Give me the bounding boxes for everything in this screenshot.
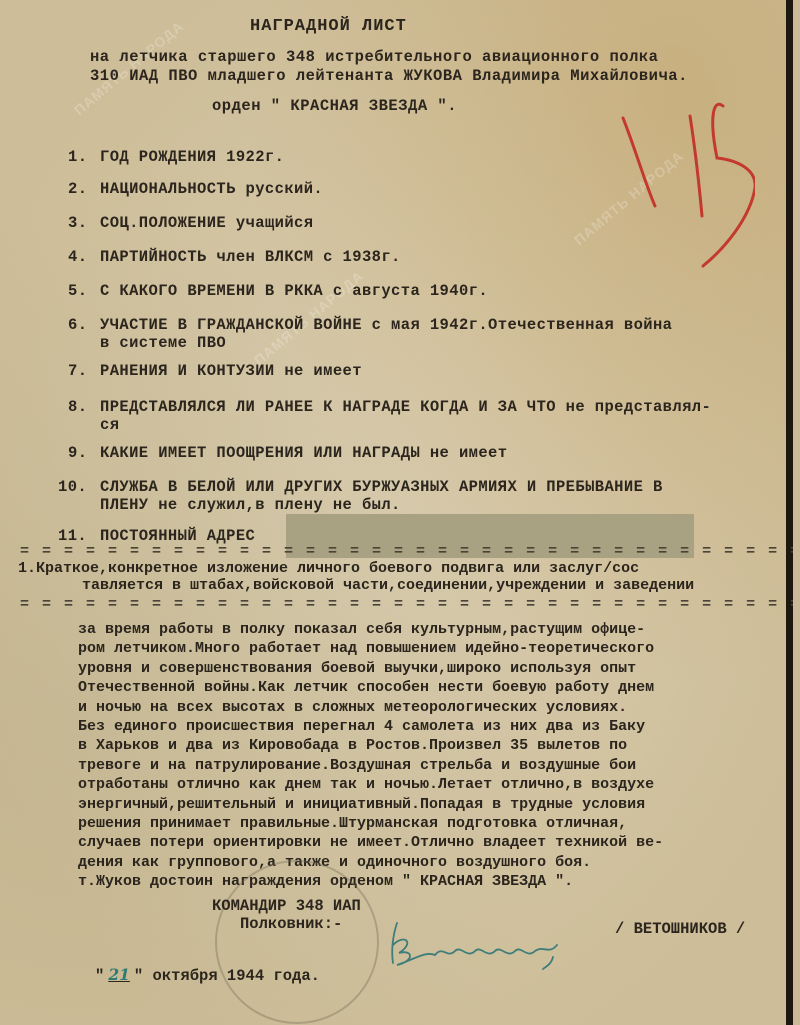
date-open-quote: " [95,967,104,985]
item-text-continuation: ПЛЕНУ не служил,в плену не был. [58,496,663,514]
item-1: 1.ГОД РОЖДЕНИЯ 1922г. [68,148,284,166]
citation-text: за время работы в полку показал себя кул… [78,620,778,892]
item-10: 10.СЛУЖБА В БЕЛОЙ ИЛИ ДРУГИХ БУРЖУАЗНЫХ … [58,478,663,514]
citation-line: и ночью на всех высотах в сложных метеор… [78,698,778,717]
date-close-quote: " [134,967,143,985]
item-9: 9.КАКИЕ ИМЕЕТ ПООЩРЕНИЯ ИЛИ НАГРАДЫ не и… [68,444,507,462]
item-number: 2. [68,180,100,198]
citation-line: дения как группового,а также и одиночног… [78,853,778,872]
citation-line: энергичный,решительный и инициативный.По… [78,795,778,814]
item-text: ПРЕДСТАВЛЯЛСЯ ЛИ РАНЕЕ К НАГРАДЕ КОГДА И… [100,398,711,416]
item-number: 9. [68,444,100,462]
citation-line: за время работы в полку показал себя кул… [78,620,778,639]
section-heading: 1.Краткое,конкретное изложение личного б… [18,560,694,594]
item-number: 3. [68,214,100,232]
item-4: 4.ПАРТИЙНОСТЬ член ВЛКСМ с 1938г. [68,248,401,266]
citation-line: Отечественной войны.Как летчик способен … [78,678,778,697]
document-date: "21" октября 1944 года. [95,965,320,985]
citation-line: т.Жуков достоин награждения орденом " КР… [78,872,778,891]
item-5: 5.С КАКОГО ВРЕМЕНИ В РККА с августа 1940… [68,282,488,300]
red-handwritten-number [585,88,755,268]
citation-line: отработаны отлично как днем так и ночью.… [78,775,778,794]
item-text: СЛУЖБА В БЕЛОЙ ИЛИ ДРУГИХ БУРЖУАЗНЫХ АРМ… [100,478,663,496]
date-month-year: октября 1944 года. [153,967,320,985]
section-heading-line-2: тавляется в штабах,войсковой части,соеди… [18,577,694,594]
item-text: ПАРТИЙНОСТЬ член ВЛКСМ с 1938г. [100,248,401,266]
award-sheet-page: ПАМЯТЬ НАРОДА ПАМЯТЬ НАРОДА ПАМЯТЬ НАРОД… [0,0,793,1025]
citation-line: случаев потери ориентировки не имеет.Отл… [78,833,778,852]
item-number: 10. [58,478,100,496]
item-number: 8. [68,398,100,416]
item-text-continuation: в системе ПВО [68,334,672,352]
item-number: 1. [68,148,100,166]
item-2: 2.НАЦИОНАЛЬНОСТЬ русский. [68,180,323,198]
handwritten-signature [385,915,565,970]
citation-line: ром летчиком.Много работает над повышени… [78,639,778,658]
item-text: ГОД РОЖДЕНИЯ 1922г. [100,148,284,166]
dashed-divider: = = = = = = = = = = = = = = = = = = = = … [20,596,793,613]
date-day: 21 [108,965,130,984]
item-text: С КАКОГО ВРЕМЕНИ В РККА с августа 1940г. [100,282,488,300]
citation-line: Без единого происшествия перегнал 4 само… [78,717,778,736]
item-number: 7. [68,362,100,380]
item-text: КАКИЕ ИМЕЕТ ПООЩРЕНИЯ ИЛИ НАГРАДЫ не име… [100,444,507,462]
commander-rank: Полковник:- [212,915,361,933]
item-text: РАНЕНИЯ И КОНТУЗИИ не имеет [100,362,362,380]
section-heading-line-1: 1.Краткое,конкретное изложение личного б… [18,560,639,577]
scan-edge [786,0,793,1025]
citation-line: уровня и совершенствования боевой выучки… [78,659,778,678]
item-number: 6. [68,316,100,334]
header-line-1: на летчика старшего 348 истребительного … [90,48,659,66]
item-text: СОЦ.ПОЛОЖЕНИЕ учащийся [100,214,313,232]
commander-name: / ВЕТОШНИКОВ / [615,920,745,938]
header-line-2: 310 ИАД ПВО младшего лейтенанта ЖУКОВА В… [90,67,688,85]
order-line: орден " КРАСНАЯ ЗВЕЗДА ". [212,97,457,115]
citation-line: решения принимает правильные.Штурманская… [78,814,778,833]
citation-line: в Харьков и два из Кировобада в Ростов.П… [78,736,778,755]
citation-line: тревоге и на патрулирование.Воздушная ст… [78,756,778,775]
item-6: 6.УЧАСТИЕ В ГРАЖДАНСКОЙ ВОЙНЕ с мая 1942… [68,316,672,352]
signature-block: КОМАНДИР 348 ИАП Полковник:- [212,897,361,933]
item-text-continuation: ся [68,416,711,434]
item-3: 3.СОЦ.ПОЛОЖЕНИЕ учащийся [68,214,313,232]
document-title: НАГРАДНОЙ ЛИСТ [250,17,407,36]
item-text: УЧАСТИЕ В ГРАЖДАНСКОЙ ВОЙНЕ с мая 1942г.… [100,316,672,334]
commander-position: КОМАНДИР 348 ИАП [212,897,361,915]
item-7: 7.РАНЕНИЯ И КОНТУЗИИ не имеет [68,362,362,380]
dashed-divider: = = = = = = = = = = = = = = = = = = = = … [20,543,793,560]
item-8: 8.ПРЕДСТАВЛЯЛСЯ ЛИ РАНЕЕ К НАГРАДЕ КОГДА… [68,398,711,434]
item-number: 4. [68,248,100,266]
item-text: НАЦИОНАЛЬНОСТЬ русский. [100,180,323,198]
official-stamp [215,860,379,1024]
item-number: 5. [68,282,100,300]
